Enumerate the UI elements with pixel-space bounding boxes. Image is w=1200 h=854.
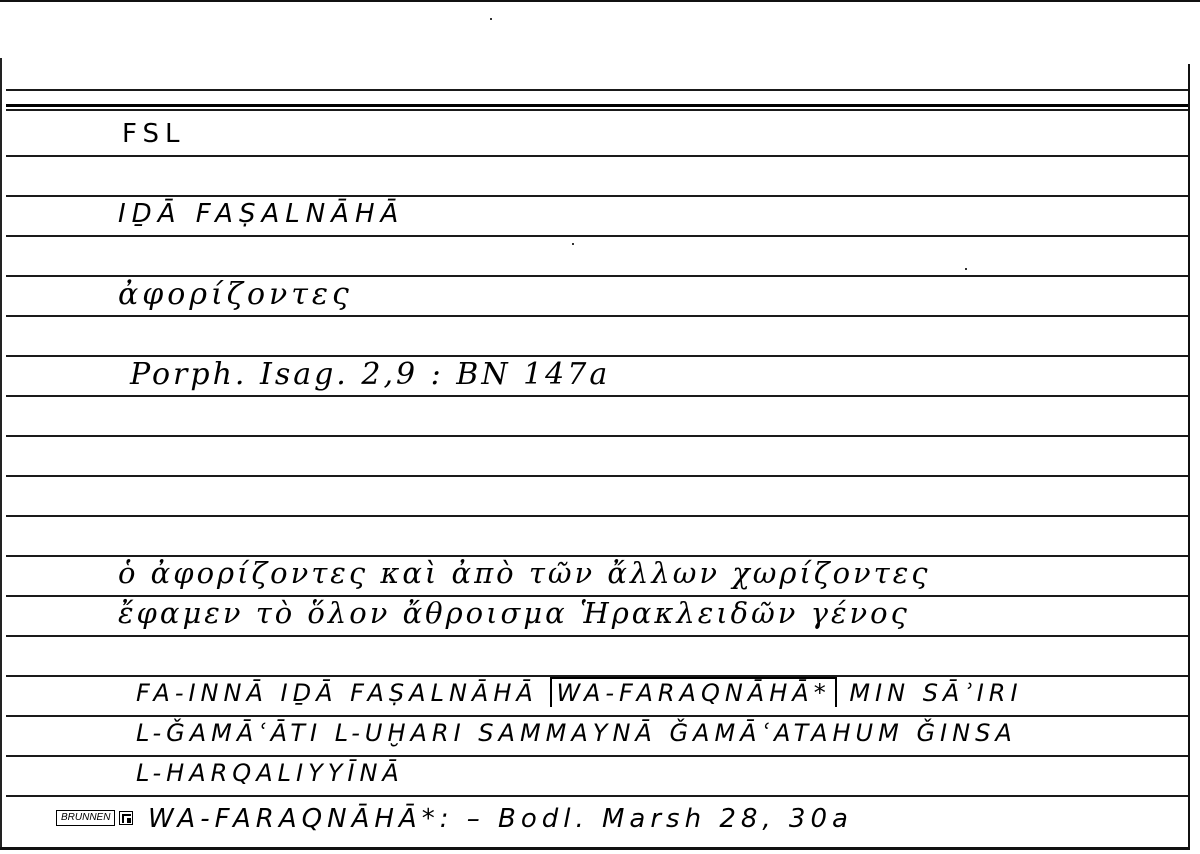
scan-speck bbox=[965, 268, 967, 270]
ruled-line bbox=[6, 395, 1188, 397]
brand-stamp: BRUNNEN bbox=[56, 810, 133, 826]
ruled-line bbox=[6, 315, 1188, 317]
brand-label: BRUNNEN bbox=[56, 810, 115, 826]
ruled-line bbox=[6, 715, 1188, 717]
translation-text: FA-INNĀ IḎĀ FAṢALNĀHĀ bbox=[136, 679, 538, 707]
arabic-translation-line-1: FA-INNĀ IḎĀ FAṢALNĀHĀ WA-FARAQNĀHĀ* MIN … bbox=[136, 679, 1023, 707]
ruled-line bbox=[6, 235, 1188, 237]
header-rule bbox=[6, 109, 1188, 111]
ruled-line bbox=[6, 795, 1188, 797]
variant-note: WA-FARAQNĀHĀ*: – Bodl. Marsh 28, 30a bbox=[148, 804, 853, 834]
header-rule bbox=[6, 104, 1188, 107]
greek-term: ἀφορίζοντες bbox=[118, 277, 353, 312]
scan-speck bbox=[490, 18, 492, 20]
ruled-line bbox=[6, 475, 1188, 477]
card-edge-left bbox=[0, 58, 2, 848]
arabic-lemma: IḎĀ FAṢALNĀHĀ bbox=[118, 199, 404, 229]
root-heading: FSL bbox=[122, 119, 186, 149]
scan-speck bbox=[572, 243, 574, 245]
ruled-line bbox=[6, 635, 1188, 637]
brand-logo-icon bbox=[119, 811, 133, 825]
ruled-line bbox=[6, 755, 1188, 757]
greek-context-line-1: ὁ ἀφορίζοντες καὶ ἀπὸ τῶν ἄλλων χωρίζοντ… bbox=[118, 556, 931, 590]
card-edge-right bbox=[1188, 64, 1190, 850]
card-edge-bottom bbox=[0, 847, 1190, 850]
arabic-translation-line-3: L-HARQALIYYĪNĀ bbox=[136, 759, 404, 787]
ruled-line bbox=[6, 195, 1188, 197]
ruled-line bbox=[6, 515, 1188, 517]
arabic-translation-line-2: L-ǦAMĀʿĀTI L-UḪARI SAMMAYNĀ ǦAMĀʿATAHUM … bbox=[136, 719, 1017, 747]
header-rule bbox=[6, 89, 1188, 91]
index-card: FSL IḎĀ FAṢALNĀHĀ ἀφορίζοντες Porph. Isa… bbox=[0, 0, 1200, 854]
translation-text: MIN SĀʾIRI bbox=[849, 679, 1022, 707]
source-reference: Porph. Isag. 2,9 : BN 147a bbox=[130, 357, 610, 392]
greek-context-line-2: ἔφαμεν τὸ ὅλον ἄθροισμα Ἡρακλειδῶν γένος bbox=[118, 596, 910, 630]
variant-bracket: WA-FARAQNĀHĀ* bbox=[550, 677, 836, 707]
card-edge-top bbox=[0, 0, 1200, 2]
ruled-line bbox=[6, 435, 1188, 437]
ruled-line bbox=[6, 155, 1188, 157]
